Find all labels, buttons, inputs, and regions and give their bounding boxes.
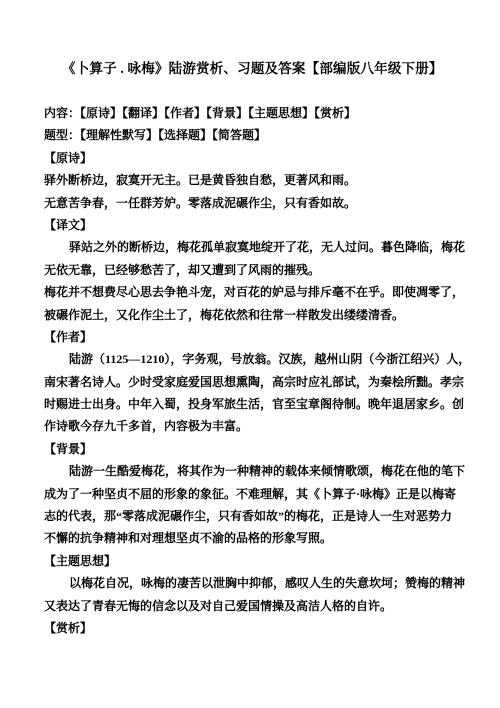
author-line: 时赐进士出身。中年入蜀，投身军旅生活，官至宝章阁待制。晚年退居家乡。创 [44, 393, 458, 415]
author-line: 陆游（1125—1210），字务观，号放翁。汉族，越州山阴（今浙江绍兴）人， [44, 348, 458, 370]
poem-line: 驿外断桥边，寂寞开无主。已是黄昏独自愁，更著风和雨。 [44, 169, 458, 191]
document-page: 《卜算子 . 咏梅》陆游赏析、习题及答案【部编版八年级下册】 内容：【原诗】【翻… [0, 0, 500, 708]
document-title: 《卜算子 . 咏梅》陆游赏析、习题及答案【部编版八年级下册】 [62, 60, 443, 77]
section-heading-appreciation: 【赏析】 [44, 617, 458, 639]
section-heading-original-poem: 【原诗】 [44, 147, 458, 169]
theme-line: 以梅花自况，咏梅的凄苦以泄胸中抑郁，感叹人生的失意坎坷；赞梅的精神 [44, 572, 458, 594]
translation-line: 驿站之外的断桥边，梅花孤单寂寞地绽开了花，无人过问。暮色降临，梅花 [44, 236, 458, 258]
background-line: 陆游一生酷爱梅花，将其作为一种精神的载体来倾情歌颂，梅花在他的笔下 [44, 460, 458, 482]
author-line: 南宋著名诗人。少时受家庭爱国思想熏陶，高宗时应礼部试，为秦桧所黜。孝宗 [44, 371, 458, 393]
author-line: 作诗歌今存九千多首，内容极为丰富。 [44, 415, 458, 437]
translation-line: 梅花并不想费尽心思去争艳斗宠，对百花的妒忌与排斥毫不在乎。即使凋零了， [44, 281, 458, 303]
poem-line: 无意苦争春，一任群芳妒。零落成泥碾作尘，只有香如故。 [44, 192, 458, 214]
section-heading-theme: 【主题思想】 [44, 550, 458, 572]
meta-question-types-line: 题型：【理解性默写】【选择题】【简答题】 [44, 124, 458, 146]
section-heading-background: 【背景】 [44, 438, 458, 460]
theme-line: 又表达了青春无悔的信念以及对自己爱国情操及高洁人格的自许。 [44, 595, 458, 617]
translation-line: 被碾作泥土，又化作尘土了，梅花依然和往常一样散发出缕缕清香。 [44, 304, 458, 326]
section-heading-translation: 【译文】 [44, 214, 458, 236]
background-line: 不懈的抗争精神和对理想坚贞不渝的品格的形象写照。 [44, 527, 458, 549]
background-line: 志的代表，那“零落成泥碾作尘，只有香如故”的梅花，正是诗人一生对恶势力 [44, 505, 458, 527]
translation-line: 无依无靠，已经够愁苦了，却又遭到了风雨的摧残。 [44, 259, 458, 281]
meta-contents-line: 内容：【原诗】【翻译】【作者】【背景】【主题思想】【赏析】 [44, 102, 458, 124]
document-body: 内容：【原诗】【翻译】【作者】【背景】【主题思想】【赏析】 题型：【理解性默写】… [44, 102, 458, 639]
background-line: 成为了一种坚贞不屈的形象的象征。不难理解，其《卜算子·咏梅》正是以梅寄 [44, 483, 458, 505]
section-heading-author: 【作者】 [44, 326, 458, 348]
